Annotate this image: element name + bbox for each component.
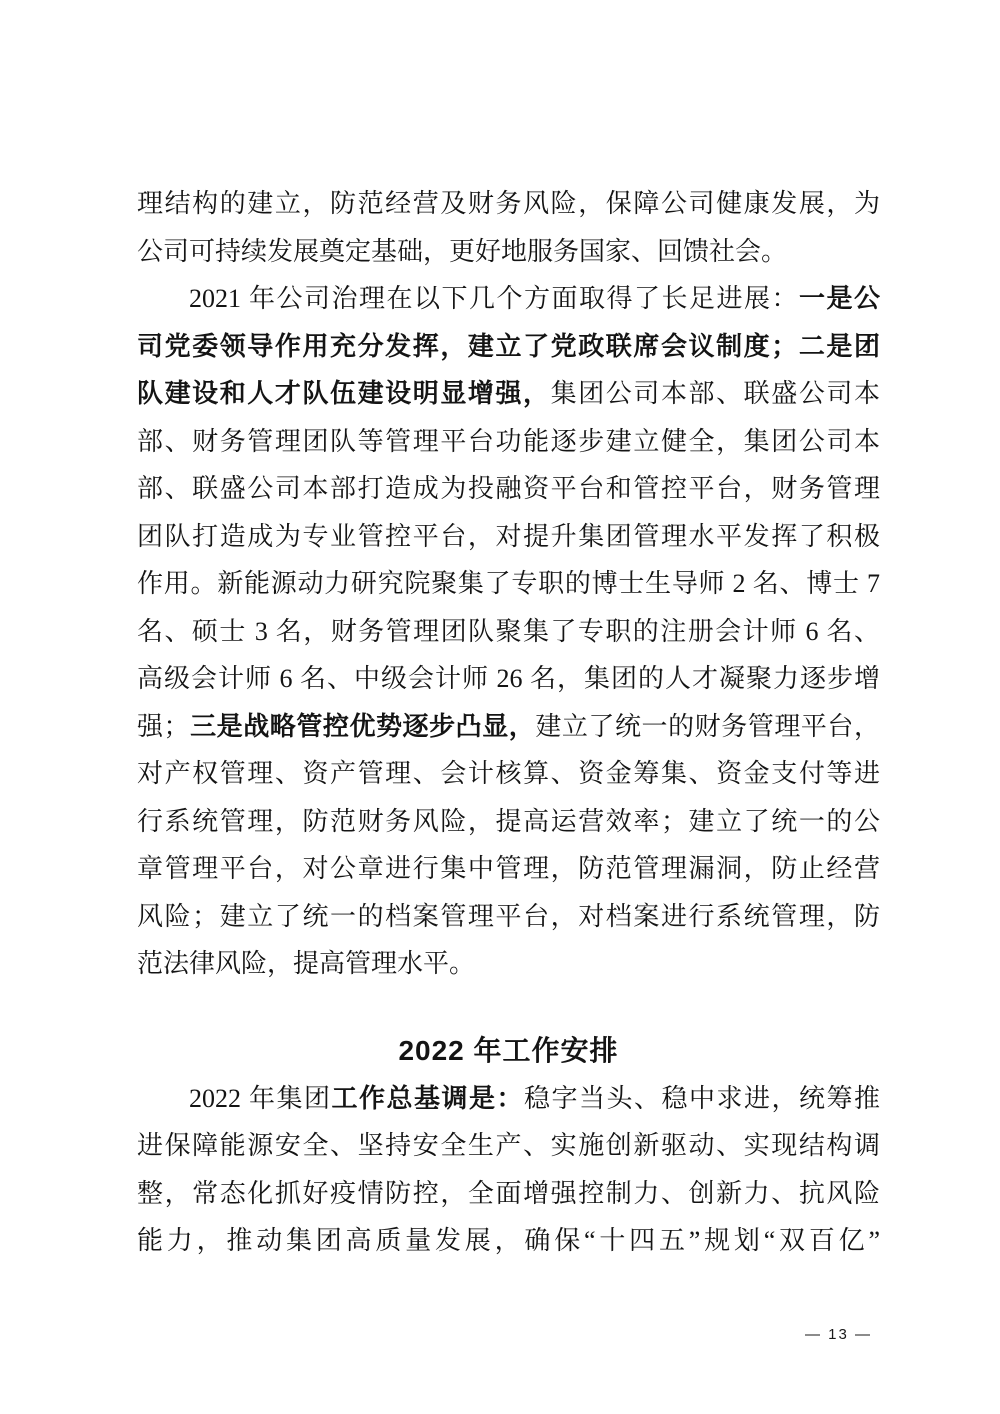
text-run: 进保障能源安全、坚持安全生产、实施创新驱动、实现结构调 (137, 1131, 880, 1160)
text-run: 部、联盛公司本部打造成为投融资平台和管控平台，财务管理 (137, 474, 880, 503)
bold-text-run: 一是公 (799, 284, 880, 313)
text-line: 2022 年集团工作总基调是：稳字当头、稳中求进，统筹推 (137, 1075, 880, 1123)
text-run: 2022 年集团 (189, 1084, 332, 1113)
text-run: 行系统管理，防范财务风险，提高运营效率；建立了统一的公 (137, 807, 880, 836)
text-line: 对产权管理、资产管理、会计核算、资金筹集、资金支付等进 (137, 750, 880, 798)
text-line: 能力，推动集团高质量发展，确保“十四五”规划“双百亿” (137, 1217, 880, 1265)
text-line: 部、联盛公司本部打造成为投融资平台和管控平台，财务管理 (137, 465, 880, 513)
page-number: — 13 — (805, 1326, 872, 1343)
section-spacer (137, 988, 880, 1027)
text-run: 建立了统一的财务管理平台， (535, 712, 880, 741)
text-run: 作用。新能源动力研究院聚集了专职的博士生导师 2 名、博士 7 (137, 569, 880, 598)
text-run: 团队打造成为专业管控平台，对提升集团管理水平发挥了积极 (137, 522, 880, 551)
text-run: 2021 年公司治理在以下几个方面取得了长足进展： (189, 284, 799, 313)
text-run: 风险；建立了统一的档案管理平台，对档案进行系统管理，防 (137, 902, 880, 931)
text-run: 高级会计师 6 名、中级会计师 26 名，集团的人才凝聚力逐步增 (137, 664, 880, 693)
text-line: 整，常态化抓好疫情防控，全面增强控制力、创新力、抗风险 (137, 1170, 880, 1218)
section-heading: 2022 年工作安排 (137, 1027, 880, 1075)
bold-text-run: 队建设和人才队伍建设明显增强， (137, 379, 551, 408)
text-run: 理结构的建立，防范经营及财务风险，保障公司健康发展，为 (137, 189, 880, 218)
text-line: 队建设和人才队伍建设明显增强，集团公司本部、联盛公司本 (137, 370, 880, 418)
document-body: 理结构的建立，防范经营及财务风险，保障公司健康发展，为公司可持续发展奠定基础，更… (137, 180, 880, 1265)
text-run: 稳字当头、稳中求进，统筹推 (524, 1084, 880, 1113)
text-line: 部、财务管理团队等管理平台功能逐步建立健全，集团公司本 (137, 418, 880, 466)
text-line: 章管理平台，对公章进行集中管理，防范管理漏洞，防止经营 (137, 845, 880, 893)
text-run: 范法律风险，提高管理水平。 (137, 949, 475, 978)
text-run: 对产权管理、资产管理、会计核算、资金筹集、资金支付等进 (137, 759, 880, 788)
text-line: 团队打造成为专业管控平台，对提升集团管理水平发挥了积极 (137, 513, 880, 561)
text-line: 作用。新能源动力研究院聚集了专职的博士生导师 2 名、博士 7 (137, 560, 880, 608)
text-line: 公司可持续发展奠定基础，更好地服务国家、回馈社会。 (137, 228, 880, 276)
text-run: 能力，推动集团高质量发展，确保“十四五”规划“双百亿” (137, 1226, 880, 1255)
document-page: 理结构的建立，防范经营及财务风险，保障公司健康发展，为公司可持续发展奠定基础，更… (0, 0, 1000, 1414)
text-line: 名、硕士 3 名，财务管理团队聚集了专职的注册会计师 6 名、 (137, 608, 880, 656)
text-line: 范法律风险，提高管理水平。 (137, 940, 880, 988)
text-line: 司党委领导作用充分发挥，建立了党政联席会议制度；二是团 (137, 323, 880, 371)
text-run: 名、硕士 3 名，财务管理团队聚集了专职的注册会计师 6 名、 (137, 617, 880, 646)
text-run: 强； (137, 712, 190, 741)
text-run: 公司可持续发展奠定基础，更好地服务国家、回馈社会。 (137, 237, 787, 266)
text-run: 集团公司本部、联盛公司本 (551, 379, 880, 408)
text-line: 强；三是战略管控优势逐步凸显，建立了统一的财务管理平台， (137, 703, 880, 751)
text-line: 进保障能源安全、坚持安全生产、实施创新驱动、实现结构调 (137, 1122, 880, 1170)
text-line: 高级会计师 6 名、中级会计师 26 名，集团的人才凝聚力逐步增 (137, 655, 880, 703)
text-line: 行系统管理，防范财务风险，提高运营效率；建立了统一的公 (137, 798, 880, 846)
text-run: 章管理平台，对公章进行集中管理，防范管理漏洞，防止经营 (137, 854, 880, 883)
text-run: 部、财务管理团队等管理平台功能逐步建立健全，集团公司本 (137, 427, 880, 456)
text-run: 整，常态化抓好疫情防控，全面增强控制力、创新力、抗风险 (137, 1179, 880, 1208)
bold-text-run: 工作总基调是： (332, 1084, 525, 1113)
text-line: 2021 年公司治理在以下几个方面取得了长足进展：一是公 (137, 275, 880, 323)
bold-text-run: 三是战略管控优势逐步凸显， (190, 712, 536, 741)
bold-text-run: 司党委领导作用充分发挥，建立了党政联席会议制度；二是团 (137, 332, 880, 361)
text-line: 理结构的建立，防范经营及财务风险，保障公司健康发展，为 (137, 180, 880, 228)
text-line: 风险；建立了统一的档案管理平台，对档案进行系统管理，防 (137, 893, 880, 941)
